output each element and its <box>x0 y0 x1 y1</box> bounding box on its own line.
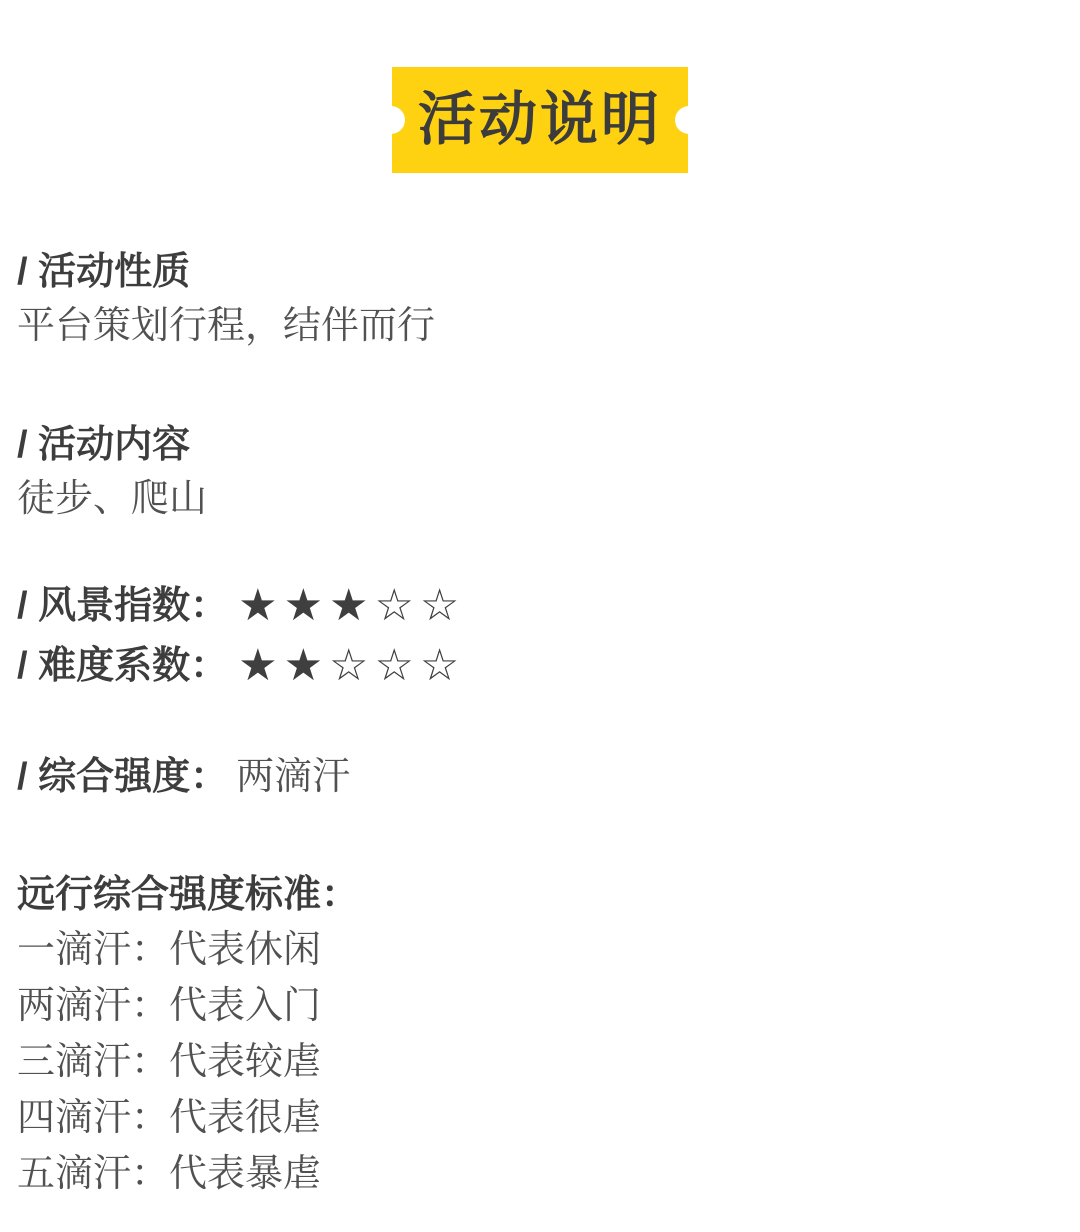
scenery-rating-row: / 风景指数： ★★★☆☆ <box>17 582 1060 630</box>
scenery-rating-label: / 风景指数： <box>17 587 228 625</box>
activity-description-page: 活动说明 / 活动性质 平台策划行程，结伴而行 / 活动内容 徒步、爬山 / 风… <box>0 0 1080 1202</box>
banner-title: 活动说明 <box>418 91 662 149</box>
section-activity-nature: / 活动性质 平台策划行程，结伴而行 <box>17 253 1060 345</box>
ticket-banner: 活动说明 <box>392 67 688 173</box>
ticket-notch-right-icon <box>675 106 703 134</box>
section-ratings: / 风景指数： ★★★☆☆ / 难度系数： ★★☆☆☆ <box>17 582 1060 690</box>
list-item: 四滴汗：代表很虐 <box>17 1090 1060 1146</box>
overall-intensity-value: 两滴汗 <box>236 758 350 796</box>
list-item: 三滴汗：代表较虐 <box>17 1034 1060 1090</box>
difficulty-rating-stars-icon: ★★☆☆☆ <box>238 644 465 688</box>
banner-container: 活动说明 <box>0 0 1080 173</box>
activity-content-heading: / 活动内容 <box>17 426 1060 464</box>
overall-intensity-label: / 综合强度： <box>17 758 228 796</box>
list-item: 五滴汗：代表暴虐 <box>17 1146 1060 1202</box>
scenery-rating-stars-icon: ★★★☆☆ <box>238 584 465 628</box>
ticket-notch-left-icon <box>377 106 405 134</box>
section-intensity-standard: 远行综合强度标准： 一滴汗：代表休闲 两滴汗：代表入门 三滴汗：代表较虐 四滴汗… <box>17 876 1060 1202</box>
section-activity-content: / 活动内容 徒步、爬山 <box>17 426 1060 518</box>
difficulty-rating-label: / 难度系数： <box>17 647 228 685</box>
intensity-standard-list: 一滴汗：代表休闲 两滴汗：代表入门 三滴汗：代表较虐 四滴汗：代表很虐 五滴汗：… <box>17 922 1060 1202</box>
intensity-standard-heading: 远行综合强度标准： <box>17 876 1060 914</box>
activity-nature-heading: / 活动性质 <box>17 253 1060 291</box>
article-content: / 活动性质 平台策划行程，结伴而行 / 活动内容 徒步、爬山 / 风景指数： … <box>0 253 1080 1202</box>
list-item: 两滴汗：代表入门 <box>17 978 1060 1034</box>
activity-content-body: 徒步、爬山 <box>17 480 1060 518</box>
difficulty-rating-row: / 难度系数： ★★☆☆☆ <box>17 642 1060 690</box>
section-overall-intensity: / 综合强度： 两滴汗 <box>17 758 1060 796</box>
activity-nature-body: 平台策划行程，结伴而行 <box>17 307 1060 345</box>
list-item: 一滴汗：代表休闲 <box>17 922 1060 978</box>
